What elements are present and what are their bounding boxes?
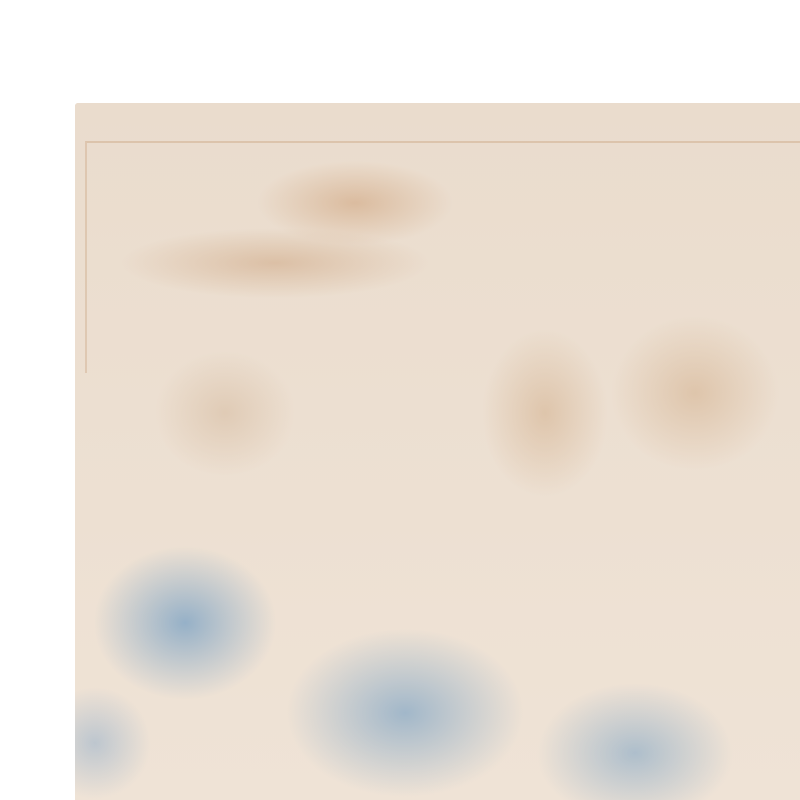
rug-photo: [75, 103, 800, 800]
rug-border-band: [85, 141, 800, 373]
